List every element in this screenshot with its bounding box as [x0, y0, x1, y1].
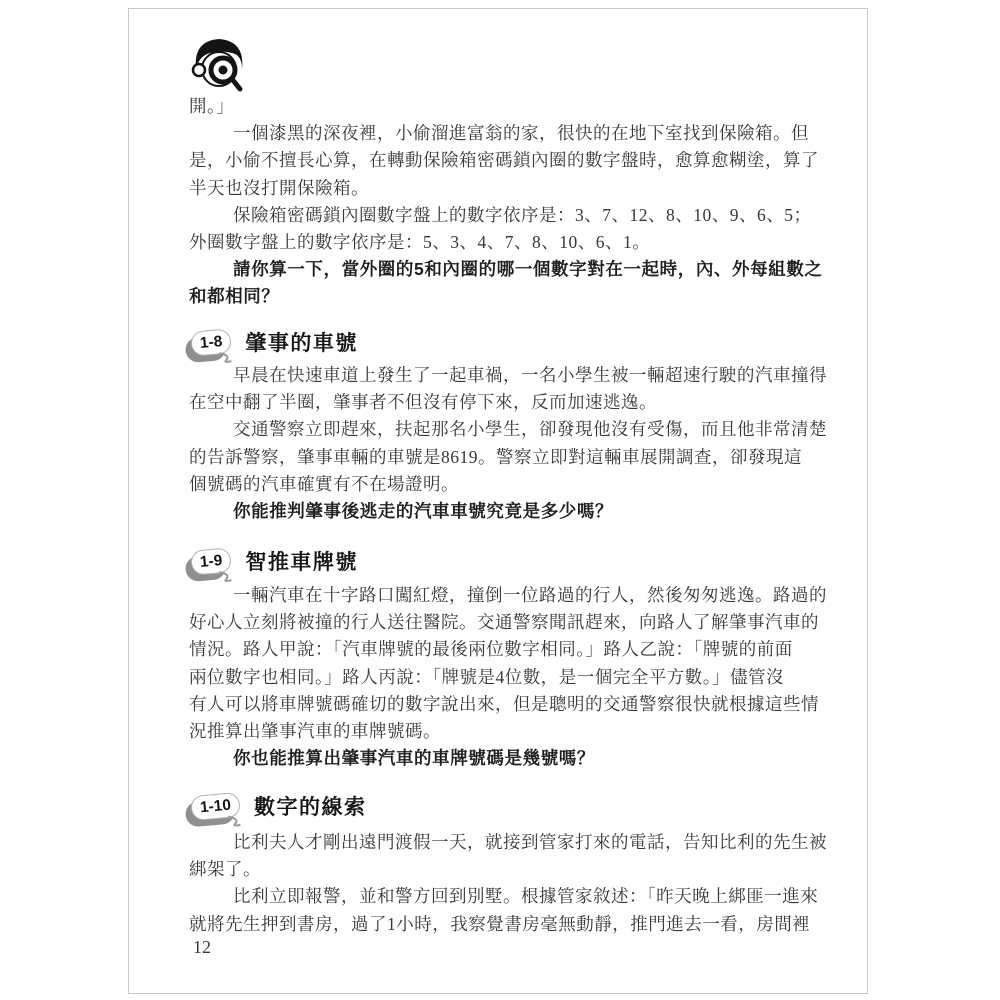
section-header-1-8: 1-8 肇事的車號 — [191, 327, 358, 357]
text-line: 就將先生押到書房，過了1小時，我察覺書房毫無動靜，推門進去一看，房間裡 — [189, 911, 827, 938]
section-1-8-paragraphs: 早晨在快速車道上發生了一起車禍，一名小學生被一輛超速行駛的汽車撞得在空中翻了半圈… — [189, 362, 827, 525]
text-line: 好心人立刻將被撞的行人送往醫院。交通警察聞訊趕來，向路人了解肇事汽車的 — [189, 609, 827, 636]
section-1-10-paragraphs: 比利夫人才剛出遠門渡假一天，就接到管家打來的電話，告知比利的先生被綁架了。比利立… — [189, 829, 827, 938]
intro-paragraphs: 開。」一個漆黑的深夜裡，小偷溜進富翁的家，很快的在地下室找到保險箱。但是，小偷不… — [189, 93, 823, 311]
question-line: 請你算一下，當外圈的5和內圈的哪一個數字對在一起時，內、外每組數之 — [189, 256, 823, 283]
section-header-1-9: 1-9 智推車牌號 — [191, 546, 358, 576]
text-line: 況推算出肇事汽車的車牌號碼。 — [189, 718, 827, 745]
section-number-badge: 1-10 — [190, 791, 241, 820]
section-title: 數字的線索 — [254, 791, 367, 821]
text-line: 情況。路人甲說：「汽車牌號的最後兩位數字相同。」路人乙說：「牌號的前面 — [189, 636, 827, 663]
badge-tail-curl — [227, 814, 246, 828]
text-line: 一輛汽車在十字路口闖紅燈，撞倒一位路過的行人，然後匆匆逃逸。路過的 — [189, 582, 827, 609]
text-line: 兩位數字也相同。」路人丙說：「牌號是4位數，是一個完全平方數。」儘管沒 — [189, 664, 827, 691]
question-line: 你能推判肇事後逃走的汽車車號究竟是多少嗎？ — [189, 498, 827, 525]
text-line: 早晨在快速車道上發生了一起車禍，一名小學生被一輛超速行駛的汽車撞得 — [189, 362, 827, 389]
text-line: 有人可以將車牌號碼確切的數字說出來，但是聰明的交通警察很快就根據這些情 — [189, 691, 827, 718]
text-line: 保險箱密碼鎖內圈數字盤上的數字依序是：3、7、12、8、10、9、6、5； — [189, 202, 823, 229]
text-line: 外圈數字盤上的數字依序是：5、3、4、7、8、10、6、1。 — [189, 229, 823, 256]
section-1-9-paragraphs: 一輛汽車在十字路口闖紅燈，撞倒一位路過的行人，然後匆匆逃逸。路過的好心人立刻將被… — [189, 582, 827, 772]
text-line: 比利夫人才剛出遠門渡假一天，就接到管家打來的電話，告知比利的先生被 — [189, 829, 827, 856]
text-line: 個號碼的汽車確實有不在場證明。 — [189, 471, 827, 498]
text-line: 的告訴警察，肇事車輛的車號是8619。警察立即對這輛車展開調查，卻發現這 — [189, 444, 827, 471]
question-line: 你也能推算出肇事汽車的車牌號碼是幾號嗎？ — [189, 745, 827, 772]
text-line: 是，小偷不擅長心算，在轉動保險箱密碼鎖內圈的數字盤時，愈算愈糊塗，算了 — [189, 147, 823, 174]
section-number-badge: 1-8 — [190, 328, 232, 356]
text-line: 交通警察立即趕來，扶起那名小學生，卻發現他沒有受傷，而且他非常清楚 — [189, 416, 827, 443]
page-number: 12 — [193, 937, 211, 958]
section-number-badge: 1-9 — [190, 547, 232, 575]
section-title: 智推車牌號 — [245, 546, 358, 576]
text-line: 綁架了。 — [189, 856, 827, 883]
section-header-1-10: 1-10 數字的線索 — [191, 791, 367, 821]
text-line: 開。」 — [189, 93, 823, 120]
text-line: 半天也沒打開保險箱。 — [189, 175, 823, 202]
detective-magnifier-icon — [191, 35, 247, 97]
text-line: 一個漆黑的深夜裡，小偷溜進富翁的家，很快的在地下室找到保險箱。但 — [189, 120, 823, 147]
text-line: 比利立即報警，並和警方回到別墅。根據管家敘述：「昨天晚上綁匪一進來 — [189, 883, 827, 910]
badge-tail-curl — [218, 569, 237, 583]
question-line: 和都相同？ — [189, 283, 823, 310]
book-page: 開。」一個漆黑的深夜裡，小偷溜進富翁的家，很快的在地下室找到保險箱。但是，小偷不… — [128, 8, 868, 994]
text-line: 在空中翻了半圈，肇事者不但沒有停下來，反而加速逃逸。 — [189, 389, 827, 416]
section-title: 肇事的車號 — [245, 327, 358, 357]
